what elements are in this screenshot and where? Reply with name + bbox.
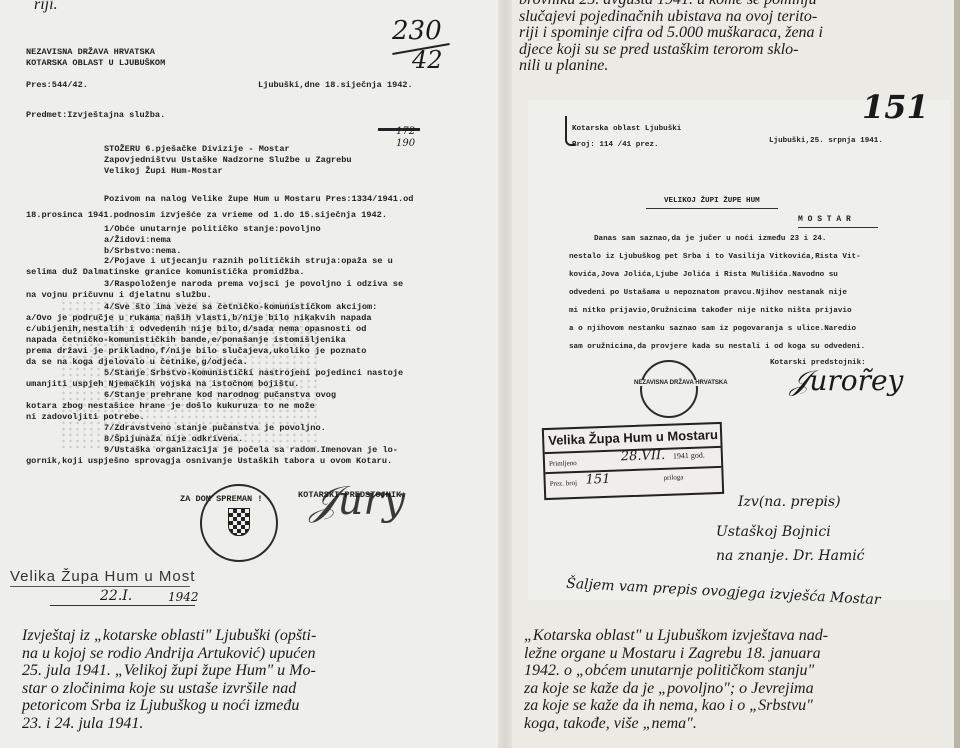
caption-line: za koje se kaže da ih nema, kao i o „Srb… bbox=[524, 697, 954, 715]
handwritten-note-1: Izv(na. prepis) bbox=[738, 494, 841, 510]
report-line: 1/Obće unutarnje političko stanje:povolj… bbox=[104, 224, 321, 235]
left-reference: Pres:544/42. bbox=[26, 80, 88, 91]
caption-line: ležne organe u Mostaru i Zagrebu 18. jan… bbox=[524, 645, 954, 663]
page-edge bbox=[954, 0, 960, 748]
received-year: 1941 god. bbox=[673, 450, 705, 460]
handwritten-note-3: na znanje. Dr. Hamić bbox=[716, 548, 865, 564]
report-line: odvedeni po Ustašama u nepoznatom pravcu… bbox=[569, 288, 847, 299]
caption-line: za koje se kaže da je „povoljno"; o Jevr… bbox=[524, 680, 954, 698]
right-signature: 𝒥uror̃ey bbox=[790, 364, 903, 398]
caption-line: star o zločinima koje su ustaše izvršile… bbox=[22, 680, 482, 698]
report-line: nestalo iz Ljubuškog pet Srba i to Vasil… bbox=[569, 252, 861, 263]
report-line: mi nitko prijavio,Oružnicima također nij… bbox=[569, 306, 852, 317]
handwritten-note-2: Ustaškoj Bojnici bbox=[716, 524, 831, 540]
right-archive-number: 151 bbox=[862, 88, 929, 126]
left-letterhead-1: NEZAVISNA DRŽAVA HRVATSKA bbox=[26, 47, 155, 58]
year-label: 194 bbox=[673, 451, 685, 460]
stamp-text: NEZAVISNA DRŽAVA HRVATSKA bbox=[634, 380, 728, 386]
received-date: 28.VII. bbox=[621, 448, 666, 465]
report-line: Pozivom na nalog Velike župe Hum u Mosta… bbox=[104, 194, 413, 205]
report-line: a o njihovom nestanku saznao sam iz pogo… bbox=[569, 324, 856, 335]
caption-line: petoricom Srba iz Ljubuškog u noći izmeđ… bbox=[22, 697, 482, 715]
report-line: 2/Pojave i utjecanju raznih političkih s… bbox=[104, 256, 393, 267]
report-line: Danas sam saznao,da je jučer u noći izme… bbox=[594, 234, 826, 245]
recipient-3: Velikoj Župi Hum-Mostar bbox=[104, 166, 223, 177]
caption-line: „Kotarska oblast" u Ljubuškom izvještava… bbox=[524, 627, 954, 645]
report-line: selima duž Dalmatinske granice komunisti… bbox=[26, 267, 304, 278]
top-text-line: riji i spominje cifra od 5.000 muškaraca… bbox=[519, 25, 823, 42]
receipt-underline bbox=[10, 586, 190, 587]
report-line: 18.prosinca 1941.podnosim izvješće za vr… bbox=[26, 210, 387, 221]
recipient-2: Zapovjedništvu Ustaške Nadzorne Službe u… bbox=[104, 155, 352, 166]
number-value: 151 bbox=[585, 472, 610, 488]
right-date-line: Ljubuški,25. srpnja 1941. bbox=[769, 136, 883, 147]
report-line: 3/Raspoloženje naroda prema vojsci je po… bbox=[104, 279, 403, 290]
receipt-line bbox=[50, 605, 195, 606]
right-top-text: brovniku 25. avgusta 1941. u kome se pom… bbox=[519, 0, 823, 75]
right-letterhead-1: Kotarska oblast Ljubuški bbox=[572, 124, 681, 135]
attachments-label: priloga bbox=[663, 473, 683, 482]
left-receipt-day: 22.I. bbox=[100, 588, 132, 604]
recipient-1: STOŽERU 6.pješačke Divizije - Mostar bbox=[104, 144, 290, 155]
left-signature: 𝒥ury bbox=[310, 478, 405, 524]
coat-of-arms-icon bbox=[228, 508, 250, 536]
right-city: M O S T A R bbox=[798, 214, 851, 225]
left-date-line: Ljubuški,dne 18.siječnja 1942. bbox=[258, 80, 413, 91]
right-letterhead-2: Broj: 114 /41 prez. bbox=[572, 140, 659, 151]
right-caption: „Kotarska oblast" u Ljubuškom izvještava… bbox=[524, 627, 954, 732]
received-label: Primljeno bbox=[549, 459, 577, 468]
margin-mark-1: 172 bbox=[396, 126, 415, 137]
left-subject: Predmet:Izvještajna služba. bbox=[26, 110, 165, 121]
addressee-underline bbox=[646, 208, 778, 209]
left-archive-number-bottom: 42 bbox=[412, 46, 443, 74]
year-value: 1 bbox=[685, 451, 689, 460]
receipt-stamp-title: Velika Župa Hum u Mostaru bbox=[548, 427, 718, 448]
caption-line: 23. i 24. jula 1941. bbox=[22, 715, 482, 733]
city-underline bbox=[798, 227, 878, 228]
left-letterhead-2: KOTARSKA OBLAST U LJUBUŠKOM bbox=[26, 58, 165, 69]
caption-line: Izvještaj iz „kotarske oblasti" Ljubuški… bbox=[22, 627, 482, 645]
caption-line: 1942. o „obćem unutarnje političkom stan… bbox=[524, 662, 954, 680]
scan-noise bbox=[60, 300, 320, 450]
right-addressee: VELIKOJ ŽUPI ŽUPE HUM bbox=[664, 196, 760, 207]
report-line: gornik,koji uspješno sprovagja osnivanje… bbox=[26, 456, 392, 467]
book-gutter bbox=[498, 0, 512, 748]
left-receipt-year: 1942 bbox=[168, 590, 199, 604]
caption-line: na u kojoj se rodio Andrija Artuković) u… bbox=[22, 645, 482, 663]
report-line: a/Židovi:nema bbox=[104, 235, 171, 246]
left-caption: Izvještaj iz „kotarske oblasti" Ljubuški… bbox=[22, 627, 482, 732]
caption-line: koga, takođe, više „nema". bbox=[524, 715, 954, 733]
number-label: Prez. broj bbox=[550, 479, 577, 488]
report-line: kovića,Jova Jolića,Ljube Jolića i Rista … bbox=[569, 270, 838, 281]
caption-line: 25. jula 1941. „Velikoj župi župe Hum" u… bbox=[22, 662, 482, 680]
margin-mark-2: 190 bbox=[396, 138, 415, 149]
right-receipt-stamp: Velika Župa Hum u Mostaru Primljeno 28.V… bbox=[542, 422, 724, 500]
left-top-fragment: riji. bbox=[34, 0, 58, 14]
left-archive-number-top: 230 bbox=[392, 16, 442, 46]
report-line: sam oružnicima,da provjere kada su nesta… bbox=[569, 342, 865, 353]
left-receipt-stamp-title: Velika Župa Hum u Most bbox=[10, 568, 195, 585]
top-text-line: djece koji su se pred ustaškim terorom s… bbox=[519, 42, 823, 59]
top-text-line: slučajevi pojedinačnih ubistava na ovoj … bbox=[519, 9, 823, 26]
right-round-stamp: NEZAVISNA DRŽAVA HRVATSKA bbox=[640, 360, 698, 418]
top-text-line: nili u planine. bbox=[519, 58, 823, 75]
left-round-stamp bbox=[200, 484, 278, 562]
year-suffix: god. bbox=[691, 450, 705, 459]
